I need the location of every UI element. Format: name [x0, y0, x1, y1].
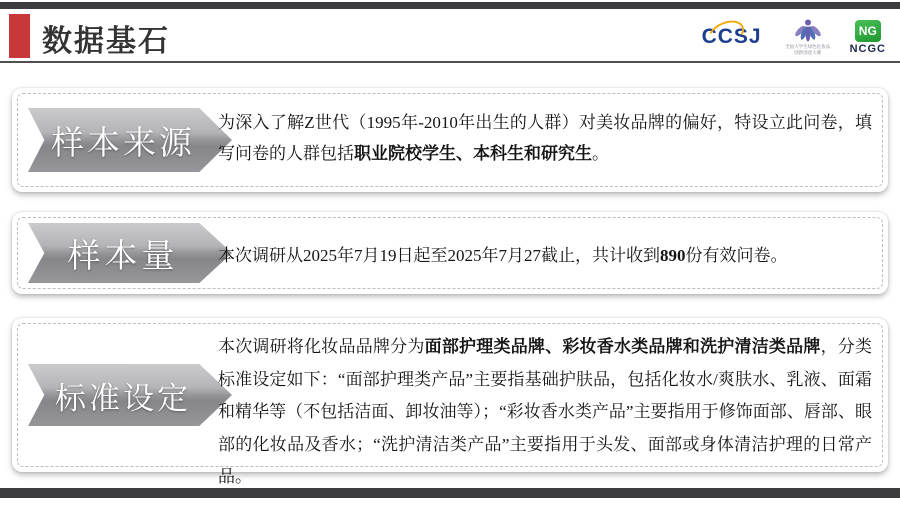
sample-source-text: 为深入了解Z世代（1995年-2010年出生的人群）对美妆品牌的偏好，特设立此问…: [218, 107, 872, 169]
ncgc-cube-icon: NG: [855, 20, 881, 42]
slide-header: 数据基石 CCSJ 全国大学生绿色化妆品 创新创意大赛 NG: [0, 9, 900, 63]
section-label: 样本来源: [51, 117, 195, 164]
text-segment-bold: 职业院校学生、本科生和研究生: [354, 144, 592, 163]
title-accent-block: [9, 14, 30, 58]
logo-row: CCSJ 全国大学生绿色化妆品 创新创意大赛 NG NCGC: [698, 15, 886, 59]
section-label: 样本量: [68, 230, 179, 277]
bottom-rule-bar: [0, 488, 900, 498]
text-segment: 本次调研从2025年7月19日起至2025年7月27截止，共计收到: [218, 246, 660, 265]
sample-size-card: 样本量 本次调研从2025年7月19日起至2025年7月27截止，共计收到890…: [12, 212, 888, 294]
ncgc-logo: NG NCGC: [850, 20, 886, 55]
standard-setting-text: 本次调研将化妆品品牌分为面部护理类品牌、彩妆香水类品牌和洗护清洁类品牌，分类标准…: [218, 331, 872, 494]
competition-badge-logo: 全国大学生绿色化妆品 创新创意大赛: [782, 18, 834, 56]
text-segment: 本次调研将化妆品品牌分为: [218, 337, 425, 356]
sample-size-text: 本次调研从2025年7月19日起至2025年7月27截止，共计收到890份有效问…: [218, 243, 872, 269]
badge-figure-icon: [793, 18, 823, 44]
page-title: 数据基石: [42, 16, 170, 60]
sample-size-ribbon: 样本量: [28, 223, 232, 283]
text-segment: 。: [592, 144, 609, 163]
standard-setting-ribbon: 标准设定: [28, 364, 232, 426]
ccsj-logo: CCSJ: [698, 25, 766, 49]
top-rule-bar: [0, 2, 900, 9]
text-segment-bold: 面部护理类品牌、彩妆香水类品牌和洗护清洁类品牌: [425, 337, 821, 356]
standard-setting-card: 标准设定 本次调研将化妆品品牌分为面部护理类品牌、彩妆香水类品牌和洗护清洁类品牌…: [12, 318, 888, 472]
section-label: 标准设定: [55, 373, 191, 418]
text-segment: 份有效问卷。: [686, 246, 788, 265]
sample-source-card: 样本来源 为深入了解Z世代（1995年-2010年出生的人群）对美妆品牌的偏好，…: [12, 88, 888, 192]
sample-source-ribbon: 样本来源: [28, 108, 232, 172]
presentation-slide: 数据基石 CCSJ 全国大学生绿色化妆品 创新创意大赛 NG: [0, 0, 900, 506]
ccsj-logo-text: CCSJ: [702, 25, 762, 48]
badge-caption-line2: 创新创意大赛: [794, 50, 821, 56]
text-segment: ，分类标准设定如下：“面部护理类产品”主要指基础护肤品，包括化妆水/爽肤水、乳液…: [218, 337, 872, 486]
text-segment-bold: 890: [660, 246, 686, 265]
ncgc-logo-text: NCGC: [850, 43, 886, 55]
